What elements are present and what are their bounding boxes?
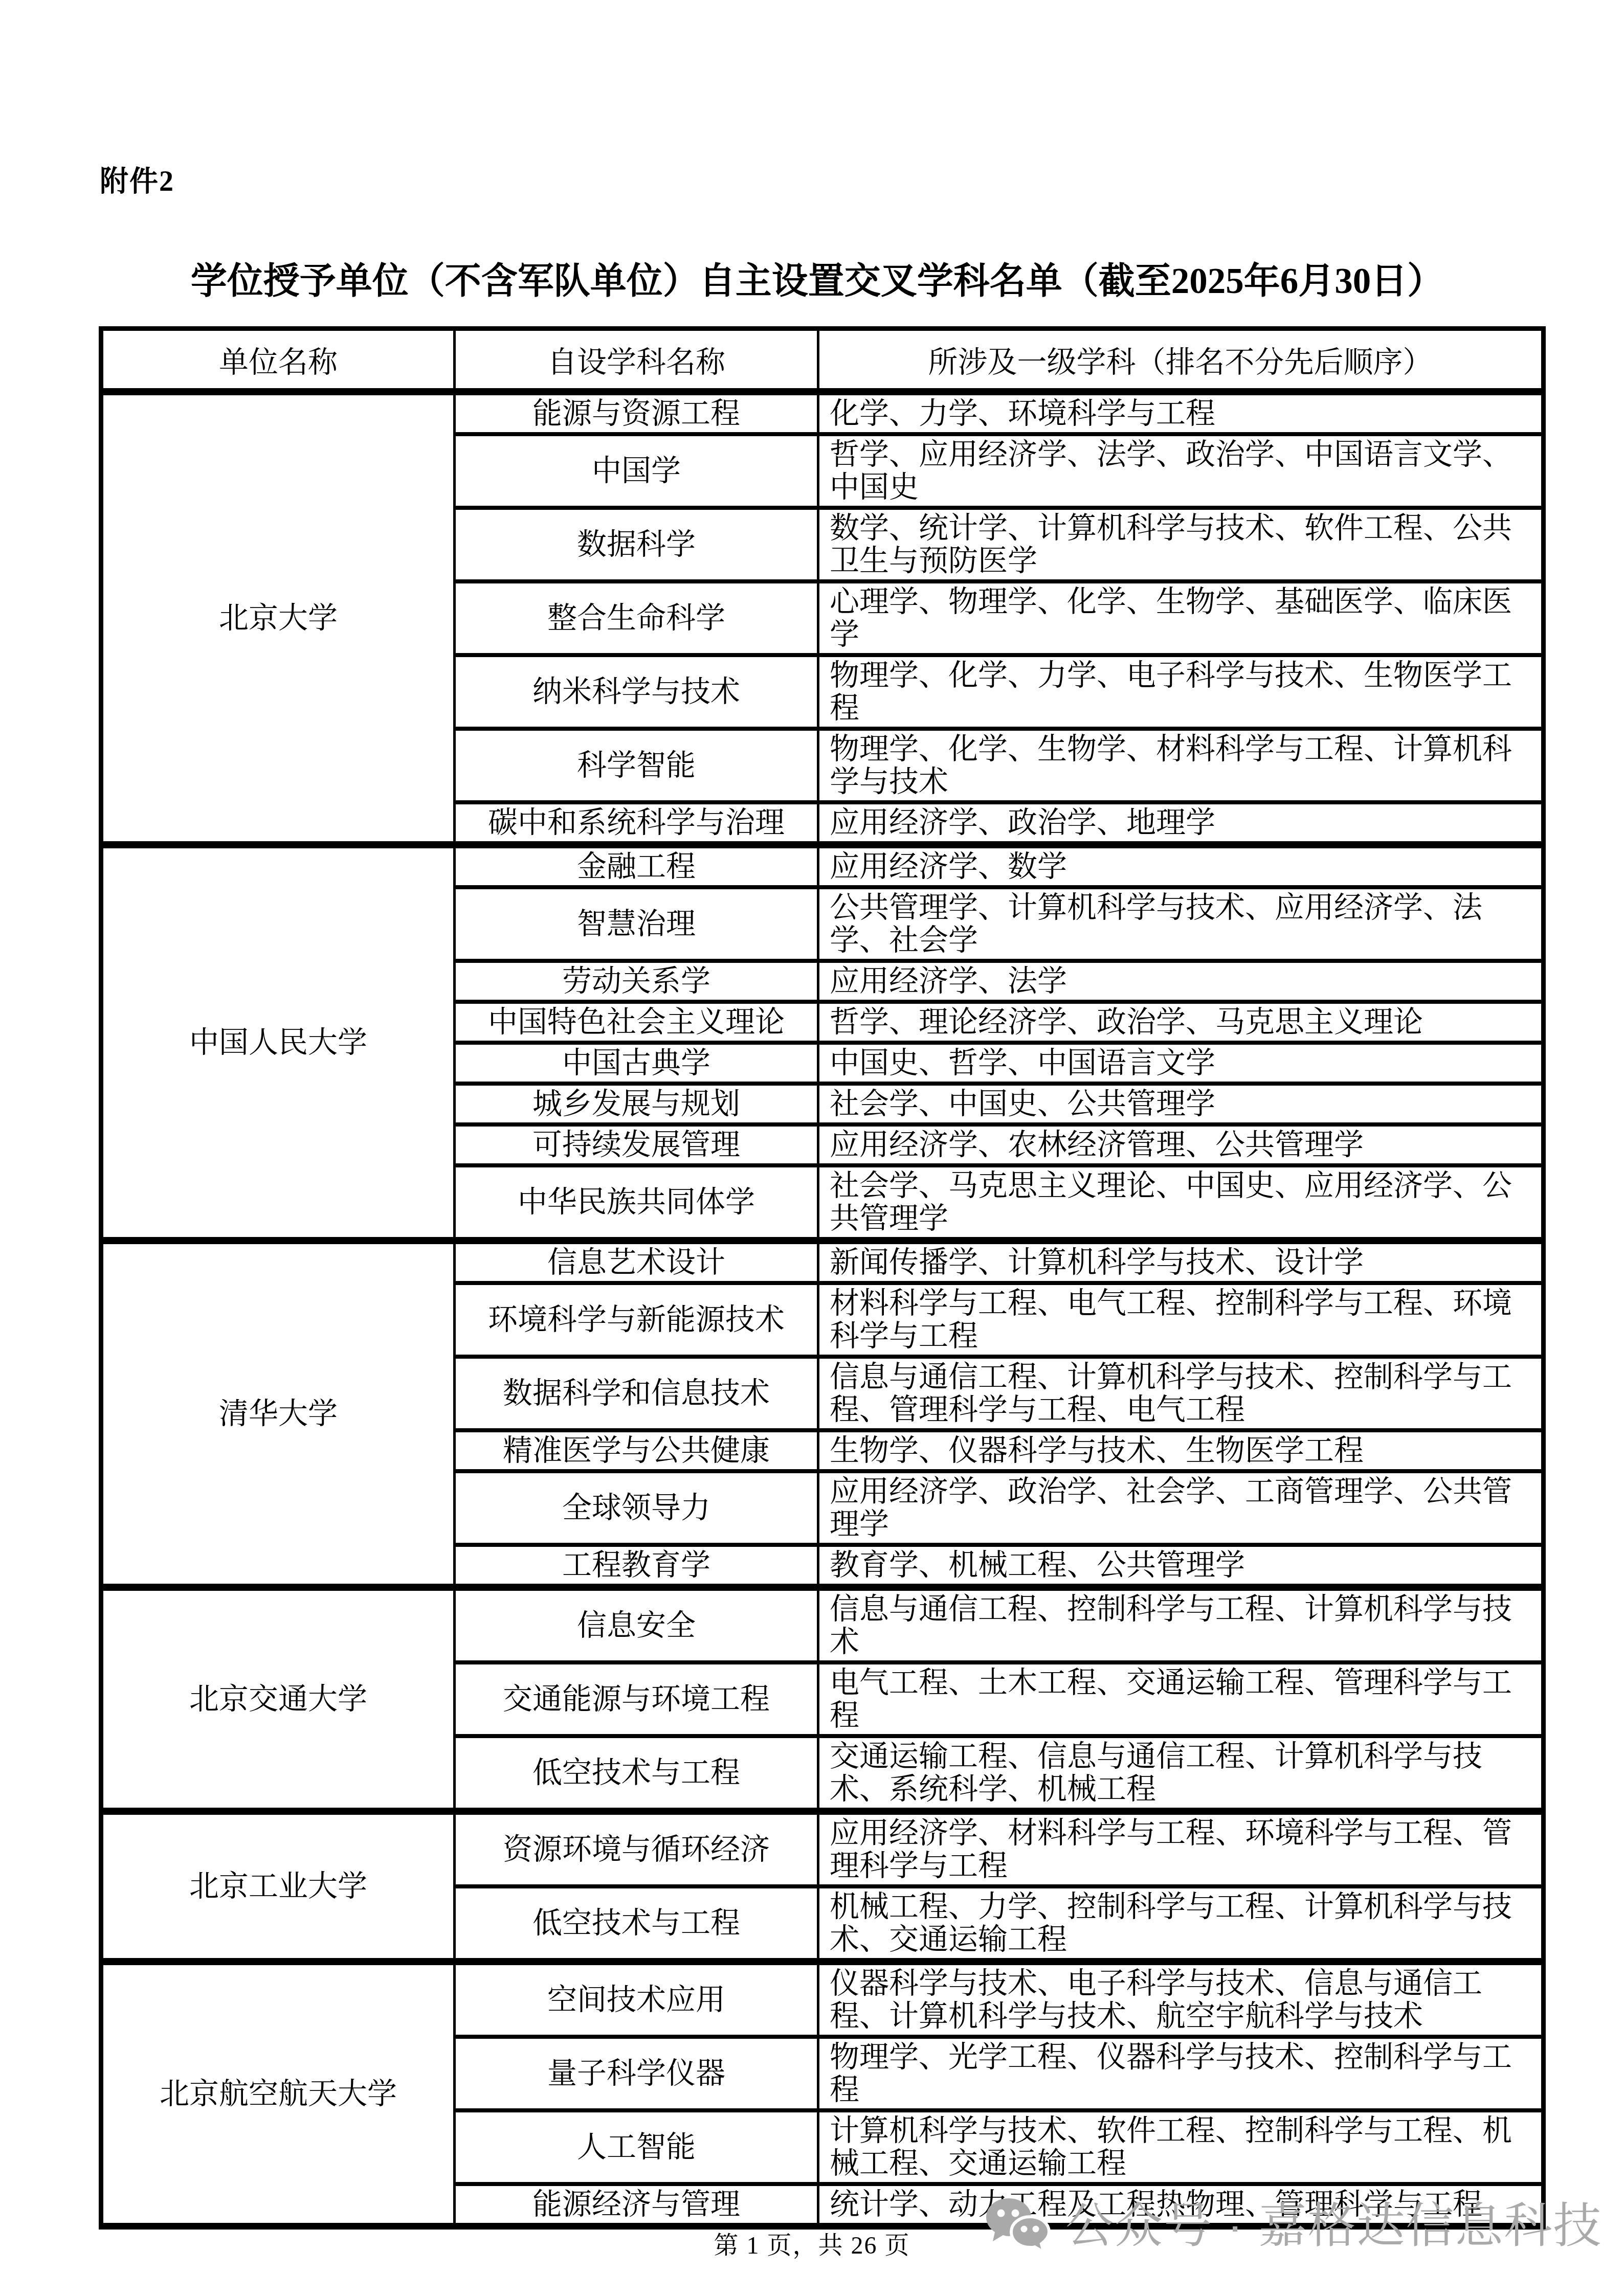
discipline-name-cell: 科学智能: [455, 729, 818, 802]
table-row: 中国人民大学金融工程应用经济学、数学: [101, 845, 1544, 887]
university-group: 中国人民大学金融工程应用经济学、数学智慧治理公共管理学、计算机科学与技术、应用经…: [101, 845, 1544, 1241]
related-fields-cell: 应用经济学、材料科学与工程、环境科学与工程、管理科学与工程: [818, 1811, 1544, 1886]
attachment-label: 附件2: [100, 159, 174, 199]
page-title: 学位授予单位（不含军队单位）自主设置交叉学科名单（截至2025年6月30日）: [72, 252, 1563, 304]
discipline-name-cell: 碳中和系统科学与治理: [455, 802, 818, 845]
discipline-name-cell: 工程教育学: [455, 1545, 818, 1587]
university-group: 北京航空航天大学空间技术应用仪器科学与技术、电子科学与技术、信息与通信工程、计算…: [101, 1962, 1544, 2226]
related-fields-cell: 材料科学与工程、电气工程、控制科学与工程、环境科学与工程: [818, 1283, 1544, 1357]
related-fields-cell: 社会学、马克思主义理论、中国史、应用经济学、公共管理学: [818, 1165, 1544, 1241]
discipline-name-cell: 可持续发展管理: [455, 1124, 818, 1165]
col-header-discipline-name: 自设学科名称: [455, 329, 818, 392]
table-row: 北京工业大学资源环境与循环经济应用经济学、材料科学与工程、环境科学与工程、管理科…: [101, 1811, 1544, 1886]
discipline-name-cell: 中国特色社会主义理论: [455, 1002, 818, 1043]
related-fields-cell: 教育学、机械工程、公共管理学: [818, 1545, 1544, 1587]
wechat-icon: [985, 2196, 1052, 2256]
related-fields-cell: 应用经济学、农林经济管理、公共管理学: [818, 1124, 1544, 1165]
related-fields-cell: 信息与通信工程、控制科学与工程、计算机科学与技术: [818, 1587, 1544, 1662]
table-row: 清华大学信息艺术设计新闻传播学、计算机科学与技术、设计学: [101, 1241, 1544, 1283]
related-fields-cell: 哲学、应用经济学、法学、政治学、中国语言文学、中国史: [818, 434, 1544, 508]
col-header-related-fields: 所涉及一级学科（排名不分先后顺序）: [818, 329, 1544, 392]
related-fields-cell: 应用经济学、数学: [818, 845, 1544, 887]
related-fields-cell: 心理学、物理学、化学、生物学、基础医学、临床医学: [818, 581, 1544, 655]
discipline-name-cell: 信息安全: [455, 1587, 818, 1662]
discipline-name-cell: 全球领导力: [455, 1471, 818, 1545]
related-fields-cell: 公共管理学、计算机科学与技术、应用经济学、法学、社会学: [818, 887, 1544, 961]
discipline-name-cell: 人工智能: [455, 2110, 818, 2184]
discipline-name-cell: 能源经济与管理: [455, 2184, 818, 2226]
related-fields-cell: 社会学、中国史、公共管理学: [818, 1084, 1544, 1124]
discipline-name-cell: 劳动关系学: [455, 961, 818, 1002]
discipline-name-cell: 资源环境与循环经济: [455, 1811, 818, 1886]
related-fields-cell: 电气工程、土木工程、交通运输工程、管理科学与工程: [818, 1662, 1544, 1736]
related-fields-cell: 计算机科学与技术、软件工程、控制科学与工程、机械工程、交通运输工程: [818, 2110, 1544, 2184]
discipline-name-cell: 整合生命科学: [455, 581, 818, 655]
related-fields-cell: 物理学、化学、生物学、材料科学与工程、计算机科学与技术: [818, 729, 1544, 802]
related-fields-cell: 物理学、化学、力学、电子科学与技术、生物医学工程: [818, 655, 1544, 729]
discipline-name-cell: 城乡发展与规划: [455, 1084, 818, 1124]
related-fields-cell: 生物学、仪器科学与技术、生物医学工程: [818, 1430, 1544, 1471]
col-header-unit-name: 单位名称: [101, 329, 455, 392]
university-name-cell: 中国人民大学: [101, 845, 455, 1241]
discipline-name-cell: 金融工程: [455, 845, 818, 887]
discipline-name-cell: 空间技术应用: [455, 1962, 818, 2037]
table-row: 北京交通大学信息安全信息与通信工程、控制科学与工程、计算机科学与技术: [101, 1587, 1544, 1662]
discipline-name-cell: 量子科学仪器: [455, 2037, 818, 2110]
related-fields-cell: 哲学、理论经济学、政治学、马克思主义理论: [818, 1002, 1544, 1043]
discipline-name-cell: 精准医学与公共健康: [455, 1430, 818, 1471]
discipline-name-cell: 低空技术与工程: [455, 1736, 818, 1811]
university-name-cell: 北京交通大学: [101, 1587, 455, 1811]
table-header: 单位名称 自设学科名称 所涉及一级学科（排名不分先后顺序）: [101, 329, 1544, 392]
discipline-name-cell: 智慧治理: [455, 887, 818, 961]
table-row: 北京航空航天大学空间技术应用仪器科学与技术、电子科学与技术、信息与通信工程、计算…: [101, 1962, 1544, 2037]
document-page: 附件2 学位授予单位（不含军队单位）自主设置交叉学科名单（截至2025年6月30…: [0, 0, 1624, 2296]
related-fields-cell: 数学、统计学、计算机科学与技术、软件工程、公共卫生与预防医学: [818, 508, 1544, 581]
university-group: 北京交通大学信息安全信息与通信工程、控制科学与工程、计算机科学与技术交通能源与环…: [101, 1587, 1544, 1811]
related-fields-cell: 信息与通信工程、计算机科学与技术、控制科学与工程、管理科学与工程、电气工程: [818, 1357, 1544, 1430]
university-group: 北京大学能源与资源工程化学、力学、环境科学与工程中国学哲学、应用经济学、法学、政…: [101, 392, 1544, 845]
university-name-cell: 北京大学: [101, 392, 455, 845]
discipline-name-cell: 交通能源与环境工程: [455, 1662, 818, 1736]
related-fields-cell: 交通运输工程、信息与通信工程、计算机科学与技术、系统科学、机械工程: [818, 1736, 1544, 1811]
related-fields-cell: 中国史、哲学、中国语言文学: [818, 1043, 1544, 1084]
university-group: 清华大学信息艺术设计新闻传播学、计算机科学与技术、设计学环境科学与新能源技术材料…: [101, 1241, 1544, 1587]
discipline-name-cell: 纳米科学与技术: [455, 655, 818, 729]
related-fields-cell: 物理学、光学工程、仪器科学与技术、控制科学与工程: [818, 2037, 1544, 2110]
related-fields-cell: 应用经济学、政治学、地理学: [818, 802, 1544, 845]
discipline-name-cell: 能源与资源工程: [455, 392, 818, 434]
discipline-name-cell: 中国古典学: [455, 1043, 818, 1084]
related-fields-cell: 新闻传播学、计算机科学与技术、设计学: [818, 1241, 1544, 1283]
university-name-cell: 北京工业大学: [101, 1811, 455, 1962]
header-row: 单位名称 自设学科名称 所涉及一级学科（排名不分先后顺序）: [101, 329, 1544, 392]
university-name-cell: 清华大学: [101, 1241, 455, 1587]
university-name-cell: 北京航空航天大学: [101, 1962, 455, 2226]
disciplines-table: 单位名称 自设学科名称 所涉及一级学科（排名不分先后顺序） 北京大学能源与资源工…: [99, 326, 1546, 2230]
discipline-name-cell: 中国学: [455, 434, 818, 508]
watermark: 公众号 · 嘉格达信息科技: [985, 2193, 1603, 2259]
discipline-name-cell: 信息艺术设计: [455, 1241, 818, 1283]
related-fields-cell: 机械工程、力学、控制科学与工程、计算机科学与技术、交通运输工程: [818, 1886, 1544, 1962]
discipline-name-cell: 数据科学: [455, 508, 818, 581]
discipline-name-cell: 低空技术与工程: [455, 1886, 818, 1962]
discipline-name-cell: 环境科学与新能源技术: [455, 1283, 818, 1357]
related-fields-cell: 应用经济学、法学: [818, 961, 1544, 1002]
discipline-name-cell: 数据科学和信息技术: [455, 1357, 818, 1430]
discipline-name-cell: 中华民族共同体学: [455, 1165, 818, 1241]
related-fields-cell: 应用经济学、政治学、社会学、工商管理学、公共管理学: [818, 1471, 1544, 1545]
table-row: 北京大学能源与资源工程化学、力学、环境科学与工程: [101, 392, 1544, 434]
related-fields-cell: 仪器科学与技术、电子科学与技术、信息与通信工程、计算机科学与技术、航空宇航科学与…: [818, 1962, 1544, 2037]
related-fields-cell: 化学、力学、环境科学与工程: [818, 392, 1544, 434]
university-group: 北京工业大学资源环境与循环经济应用经济学、材料科学与工程、环境科学与工程、管理科…: [101, 1811, 1544, 1962]
watermark-text: 公众号 · 嘉格达信息科技: [1065, 2202, 1603, 2250]
